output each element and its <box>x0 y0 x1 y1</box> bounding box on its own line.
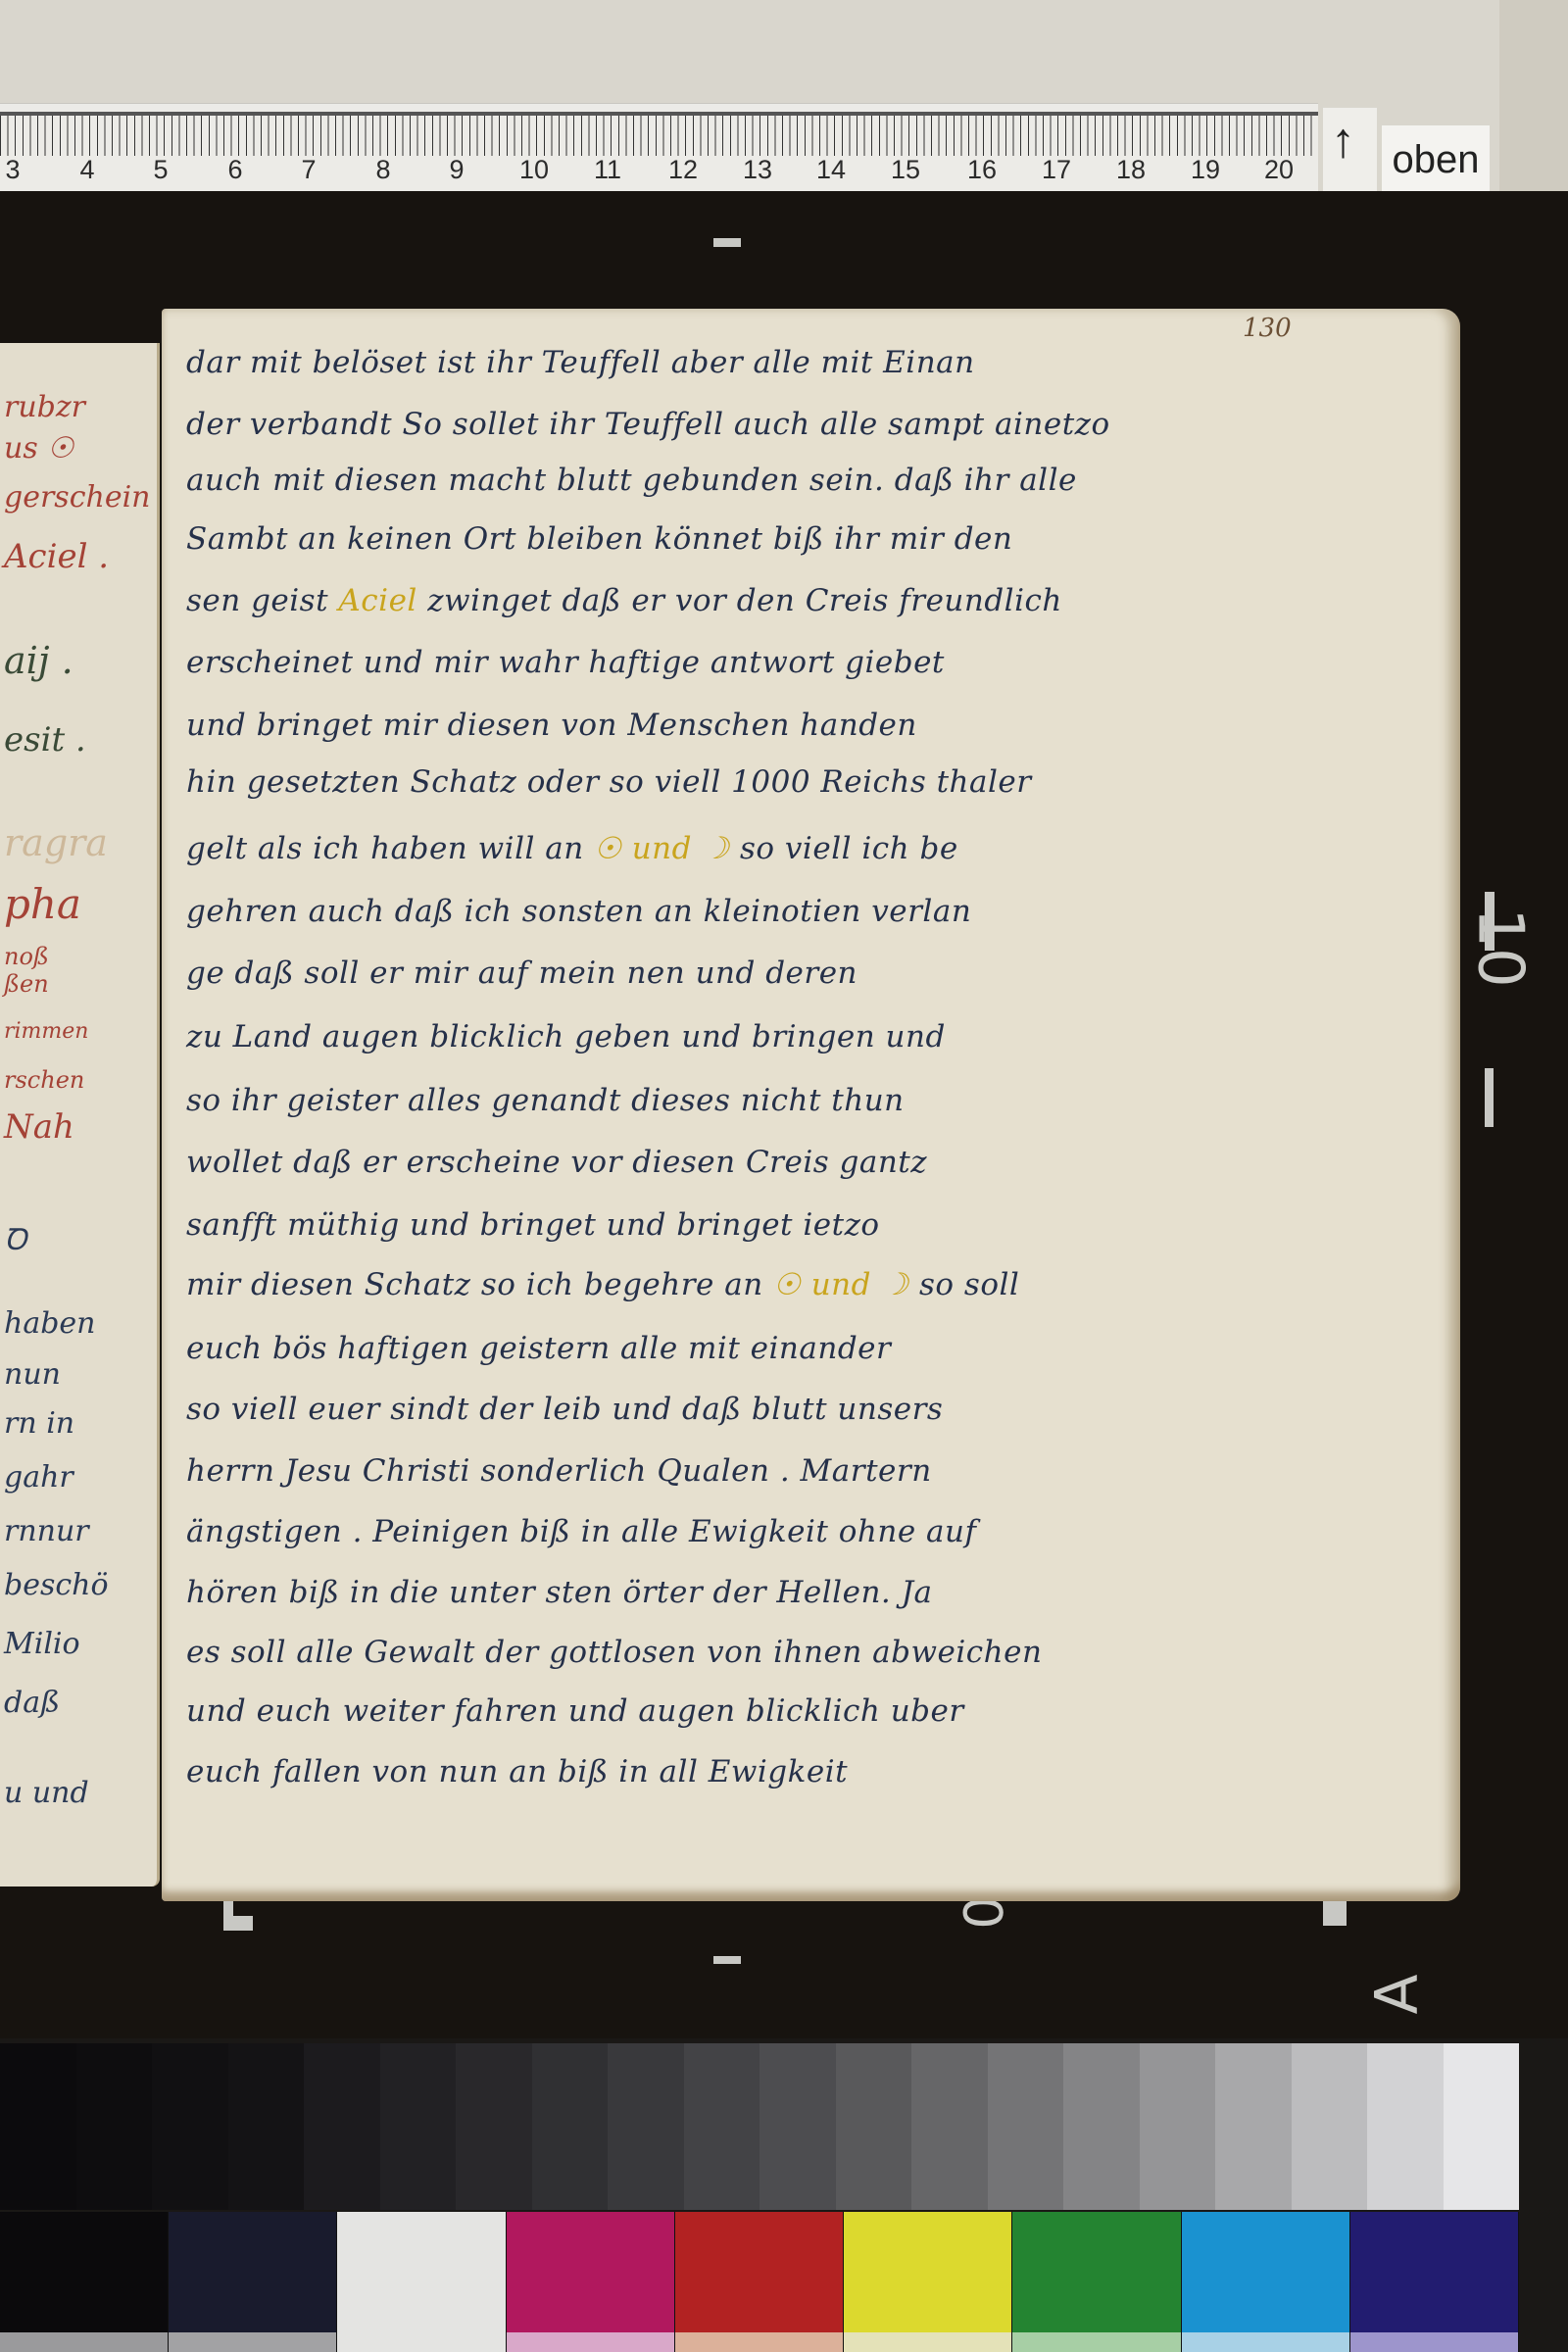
manuscript-line: so viell euer sindt der leib und daß blu… <box>186 1392 1445 1427</box>
manuscript-line: dar mit belöset ist ihr Teuffell aber al… <box>186 345 1445 380</box>
gray-step-patch <box>0 2043 76 2210</box>
color-patch <box>337 2212 506 2352</box>
left-page-fragment: noß <box>4 943 49 970</box>
color-patch-tint <box>169 2332 336 2352</box>
manuscript-text: so viell ich be <box>730 831 958 866</box>
left-page-fragment: daß <box>4 1686 60 1720</box>
target-tick-right-lower <box>1485 1068 1494 1127</box>
target-letter-corner: A <box>1363 1974 1432 2014</box>
gray-step-patch <box>304 2043 380 2210</box>
color-patch-tint <box>1012 2332 1180 2352</box>
gray-step-patch <box>532 2043 609 2210</box>
left-page-fragment: aij . <box>4 639 73 682</box>
left-page-fragment: Milio <box>4 1627 80 1661</box>
sun-symbol-icon: ☉ <box>773 1267 801 1302</box>
left-page-fragment: pha <box>4 880 81 928</box>
ruler-label: 9 <box>449 155 464 185</box>
color-patch <box>1350 2212 1519 2352</box>
sun-symbol-icon: ☉ <box>594 831 621 866</box>
gray-step-patch <box>1215 2043 1292 2210</box>
left-page-fragment: esit . <box>4 720 86 759</box>
left-page-fragment: rn in <box>4 1406 74 1441</box>
manuscript-line: der verbandt So sollet ihr Teuffell auch… <box>186 407 1445 442</box>
left-page-fragment: beschö <box>4 1568 109 1602</box>
gray-step-patch <box>380 2043 457 2210</box>
manuscript-line: gelt als ich haben will an ☉ und ☽ so vi… <box>186 831 1445 866</box>
target-tick-bottom <box>713 1956 741 1964</box>
manuscript-line: so ihr geister alles genandt dieses nich… <box>186 1083 1445 1118</box>
manuscript-line: wollet daß er erscheine vor diesen Creis… <box>186 1145 1445 1180</box>
target-digit-right: 10 <box>1464 907 1537 987</box>
ruler-ticks <box>0 112 1318 156</box>
gray-step-patch <box>1063 2043 1140 2210</box>
color-patch-tint <box>337 2332 505 2352</box>
manuscript-line: sanfft müthig und bringet und bringet ie… <box>186 1207 1445 1243</box>
gray-step-patch <box>684 2043 760 2210</box>
manuscript-line: und euch weiter fahren und augen blickli… <box>186 1693 1445 1729</box>
ruler-label: 11 <box>594 155 621 185</box>
left-page-fragment: rschen <box>4 1066 84 1094</box>
gray-step-patch <box>1292 2043 1368 2210</box>
gray-step-patch <box>759 2043 836 2210</box>
ruler-label: 18 <box>1116 155 1146 185</box>
color-patch <box>1012 2212 1181 2352</box>
ruler-label: 10 <box>519 155 549 185</box>
manuscript-line: ängstigen . Peinigen biß in alle Ewigkei… <box>186 1514 1445 1549</box>
conjunction-highlight: und <box>801 1267 881 1302</box>
left-page-fragment: ragra <box>4 821 108 864</box>
manuscript-line: und bringet mir diesen von Menschen hand… <box>186 708 1445 743</box>
ruler-label: 6 <box>227 155 242 185</box>
gray-step-patch <box>836 2043 912 2210</box>
ruler-label: 14 <box>816 155 846 185</box>
left-page-fragment: us ☉ <box>4 431 73 465</box>
left-page-fragment: Ꝺ <box>4 1218 26 1258</box>
manuscript-line: euch bös haftigen geistern alle mit eina… <box>186 1331 1445 1366</box>
gray-step-patch <box>1140 2043 1216 2210</box>
ruler-label: 16 <box>967 155 997 185</box>
gray-step-patch <box>228 2043 305 2210</box>
left-page-fragment: rnnur <box>4 1514 89 1548</box>
left-page-fragment: rubzr <box>4 390 85 424</box>
measurement-ruler: 3 4 5 6 7 8 9 10 11 12 13 14 15 16 17 18… <box>0 103 1318 192</box>
manuscript-line: herrn Jesu Christi sonderlich Qualen . M… <box>186 1453 1445 1489</box>
left-page-fragment: rimmen <box>4 1019 88 1044</box>
left-page-fragment: gahr <box>4 1460 73 1494</box>
color-patch <box>675 2212 844 2352</box>
left-page-fragment: haben <box>4 1306 96 1341</box>
manuscript-line: erscheinet und mir wahr haftige antwort … <box>186 645 1445 680</box>
grayscale-strip <box>0 2043 1519 2210</box>
spirit-name-highlight: Aciel <box>338 583 416 618</box>
left-page-fragment: Nah <box>4 1107 74 1147</box>
manuscript-line: gehren auch daß ich sonsten an kleinotie… <box>186 894 1445 929</box>
manuscript-line: hören biß in die unter sten örter der He… <box>186 1575 1445 1610</box>
corner-mark-left-foot <box>223 1916 253 1931</box>
orientation-label: oben <box>1382 125 1490 194</box>
ruler-label: 7 <box>301 155 316 185</box>
manuscript-text: zwinget daß er vor den Creis freundlich <box>417 583 1062 618</box>
moon-symbol-icon: ☽ <box>881 1267 908 1302</box>
color-calibration-chart <box>0 2043 1519 2352</box>
manuscript-text: so soll <box>909 1267 1020 1302</box>
target-tick-top <box>713 238 741 247</box>
color-patch-tint <box>0 2332 168 2352</box>
left-page-fragment: nun <box>4 1357 61 1392</box>
conjunction-highlight: und <box>621 831 702 866</box>
manuscript-line: mir diesen Schatz so ich begehre an ☉ un… <box>186 1267 1445 1302</box>
left-page-fragment: u und <box>4 1776 89 1810</box>
ruler-label: 19 <box>1191 155 1220 185</box>
manuscript-line: Sambt an keinen Ort bleiben könnet biß i… <box>186 521 1445 557</box>
up-arrow-icon: ↑ <box>1331 116 1355 165</box>
left-page-fragment: Aciel . <box>4 537 109 576</box>
moon-symbol-icon: ☽ <box>702 831 729 866</box>
ruler-label: 15 <box>891 155 920 185</box>
manuscript-line: zu Land augen blicklich geben und bringe… <box>186 1019 1445 1054</box>
gray-step-patch <box>1367 2043 1444 2210</box>
color-patch-tint <box>507 2332 674 2352</box>
gray-step-patch <box>456 2043 532 2210</box>
ruler-label: 8 <box>375 155 390 185</box>
manuscript-line: euch fallen von nun an biß in all Ewigke… <box>186 1754 1445 1789</box>
manuscript-text: mir diesen Schatz so ich begehre an <box>186 1267 773 1302</box>
ruler-label: 4 <box>79 155 94 185</box>
gray-step-patch <box>988 2043 1064 2210</box>
ruler-label: 12 <box>668 155 698 185</box>
left-page-fragment: ßen <box>4 970 49 998</box>
gray-step-patch <box>1444 2043 1520 2210</box>
gray-step-patch <box>152 2043 228 2210</box>
color-patch-tint <box>675 2332 843 2352</box>
ruler-label: 3 <box>5 155 20 185</box>
ruler-label: 13 <box>743 155 772 185</box>
gray-step-patch <box>76 2043 153 2210</box>
color-patch-tint <box>844 2332 1011 2352</box>
ruler-label: 17 <box>1042 155 1071 185</box>
folio-number: 130 <box>1243 314 1292 343</box>
color-patch <box>507 2212 675 2352</box>
color-patch <box>1182 2212 1350 2352</box>
color-patch-tint <box>1350 2332 1518 2352</box>
manuscript-line: es soll alle Gewalt der gottlosen von ih… <box>186 1635 1445 1670</box>
ruler-label: 20 <box>1264 155 1294 185</box>
gray-step-patch <box>911 2043 988 2210</box>
manuscript-line: auch mit diesen macht blutt gebunden sei… <box>186 463 1445 498</box>
color-patch <box>169 2212 337 2352</box>
manuscript-line: sen geist Aciel zwinget daß er vor den C… <box>186 583 1445 618</box>
manuscript-text: gelt als ich haben will an <box>186 831 594 866</box>
gray-step-patch <box>608 2043 684 2210</box>
ruler-label: 5 <box>153 155 168 185</box>
manuscript-line: hin gesetzten Schatz oder so viell 1000 … <box>186 764 1445 800</box>
manuscript-text: sen geist <box>186 583 338 618</box>
color-patch-tint <box>1182 2332 1349 2352</box>
color-patch-strip <box>0 2212 1519 2352</box>
left-page-fragment: gerschein <box>4 480 151 514</box>
color-patch <box>844 2212 1012 2352</box>
manuscript-line: ge daß soll er mir auf mein nen und dere… <box>186 955 1445 991</box>
color-patch <box>0 2212 169 2352</box>
